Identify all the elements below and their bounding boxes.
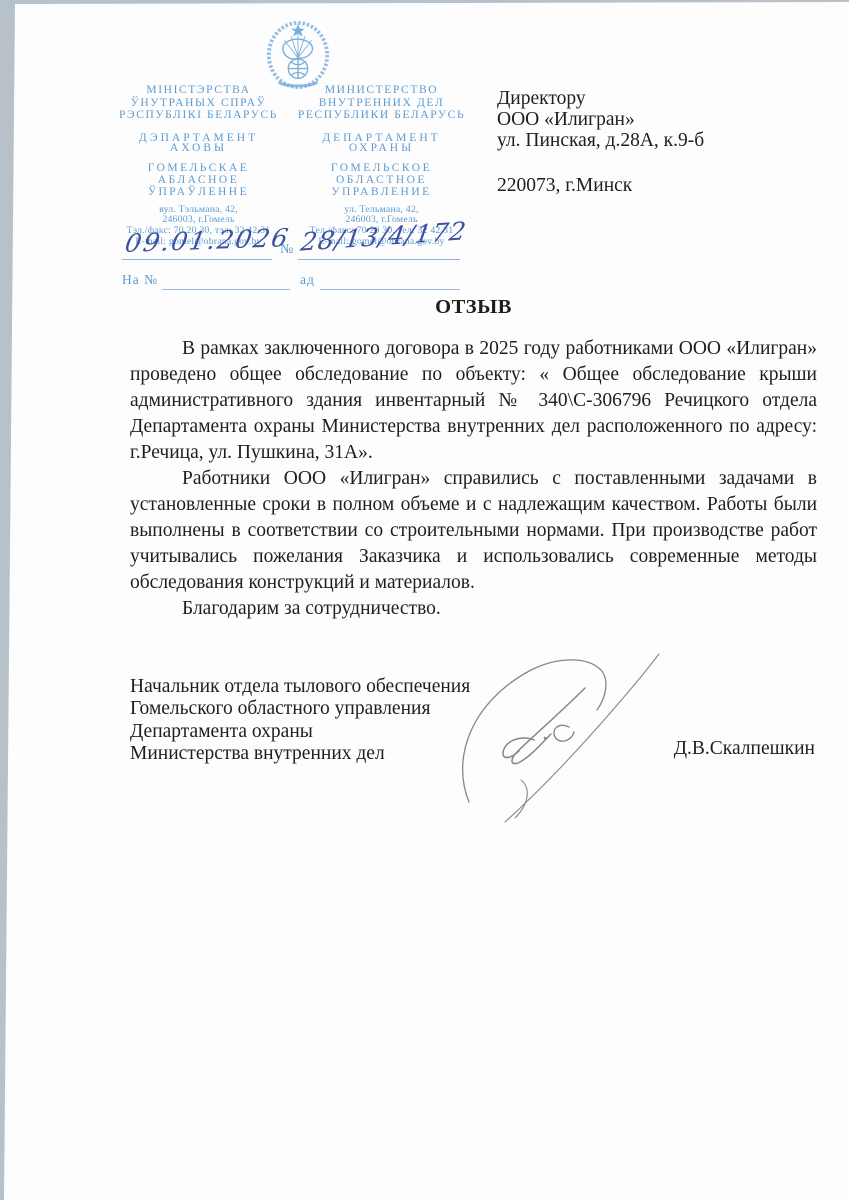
belarus-coat-of-arms-icon: [254, 20, 342, 90]
addressee-block: Директору ООО «Илигран» ул. Пинская, д.2…: [497, 88, 817, 196]
letterhead-line: ГОМЕЛЬСКАЕ: [112, 162, 285, 174]
letterhead-line: ОБЛАСТНОЕ: [295, 174, 468, 186]
addressee-city: 220073, г.Минск: [497, 175, 817, 196]
scanned-letter: { "colors": { "letterhead_blue": "#5d9bd…: [0, 0, 849, 1200]
reply-from-label: ад: [300, 272, 315, 288]
letterhead-line: ЎПРАЎЛЕННЕ: [112, 186, 285, 198]
letter-body: В рамках заключенного договора в 2025 го…: [130, 336, 817, 622]
letterhead-line: ЎНУТРАНЫХ СПРАЎ: [112, 97, 285, 110]
letterhead-line: РЕСПУБЛИКИ БЕЛАРУСЬ: [295, 109, 468, 122]
letterhead-line: МИНИСТЕРСТВО: [295, 84, 468, 97]
handwritten-date: 09.01.2026: [123, 223, 292, 258]
reply-to-number-label: На №: [122, 272, 158, 288]
unit-name-by: ГОМЕЛЬСКАЕ АБЛАСНОЕ ЎПРАЎЛЕННЕ: [112, 162, 285, 198]
letterhead-line: АХОВЫ: [112, 143, 285, 154]
letterhead-line: РЭСПУБЛІКІ БЕЛАРУСЬ: [112, 109, 285, 122]
letterhead-line: УПРАВЛЕНИЕ: [295, 186, 468, 198]
addressee-street: ул. Пинская, д.28А, к.9-б: [497, 130, 817, 151]
department-name-ru: ДЕПАРТАМЕНТ ОХРАНЫ: [295, 133, 468, 154]
letterhead-line: ВНУТРЕННИХ ДЕЛ: [295, 97, 468, 110]
department-name-by: ДЭПАРТАМЕНТ АХОВЫ: [112, 133, 285, 154]
letterhead-line: МІНІСТЭРСТВА: [112, 84, 285, 97]
signer-position-line: Гомельского областного управления: [130, 698, 817, 720]
document-title: ОТЗЫВ: [130, 296, 817, 319]
reply-reference-line: На № ад: [122, 266, 472, 290]
addressee-company: ООО «Илигран»: [497, 109, 817, 130]
letterhead-line: АБЛАСНОЕ: [112, 174, 285, 186]
letterhead-belarusian-column: МІНІСТЭРСТВА ЎНУТРАНЫХ СПРАЎ РЭСПУБЛІКІ …: [112, 84, 285, 248]
signer-position-line: Начальник отдела тылового обеспечения: [130, 676, 817, 698]
unit-name-ru: ГОМЕЛЬСКОЕ ОБЛАСТНОЕ УПРАВЛЕНИЕ: [295, 162, 468, 198]
signature-block: Начальник отдела тылового обеспечения Го…: [130, 676, 817, 766]
letterhead-line: ГОМЕЛЬСКОЕ: [295, 162, 468, 174]
date-number-line: № 09.01.2026 28/13/4/172: [122, 234, 472, 260]
body-paragraph: Благодарим за сотрудничество.: [130, 596, 817, 622]
ministry-name-ru: МИНИСТЕРСТВО ВНУТРЕННИХ ДЕЛ РЕСПУБЛИКИ Б…: [295, 84, 468, 122]
letter-page: МІНІСТЭРСТВА ЎНУТРАНЫХ СПРАЎ РЭСПУБЛІКІ …: [0, 0, 849, 1200]
addressee-role: Директору: [497, 88, 817, 109]
signer-name: Д.В.Скалпешкин: [674, 738, 815, 760]
body-paragraph: Работники ООО «Илигран» справились с пос…: [130, 466, 817, 596]
letterhead-line: ОХРАНЫ: [295, 143, 468, 154]
reply-number-underline: [162, 267, 290, 290]
reply-date-underline: [320, 267, 460, 290]
body-paragraph: В рамках заключенного договора в 2025 го…: [130, 336, 817, 466]
ministry-name-by: МІНІСТЭРСТВА ЎНУТРАНЫХ СПРАЎ РЭСПУБЛІКІ …: [112, 84, 285, 122]
